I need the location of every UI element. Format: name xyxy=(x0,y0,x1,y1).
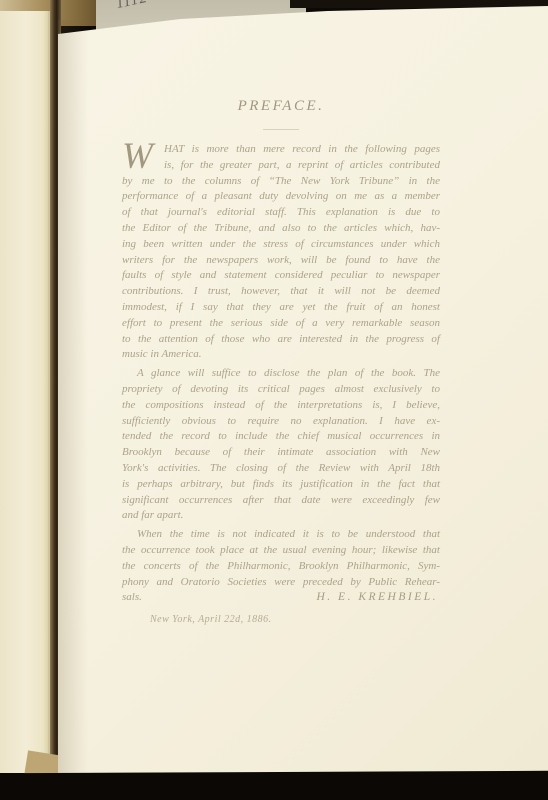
text-line: ing been written under the stress of cir… xyxy=(122,237,440,253)
text-line: contributions. I trust, however, that it… xyxy=(122,284,440,300)
text-line: the concerts of the Philharmonic, Brookl… xyxy=(122,559,440,575)
text-line: and far apart. xyxy=(122,508,440,524)
preface-body: W HAT is more than mere record in the fo… xyxy=(122,142,440,628)
text-line: propriety of devoting its critical pages… xyxy=(122,382,440,398)
page-content: PREFACE. W HAT is more than mere record … xyxy=(122,98,440,628)
text-line: writers for the newspapers work, will be… xyxy=(122,253,440,269)
author-signature: H. E. KREHBIEL. xyxy=(316,590,440,606)
dateline: New York, April 22d, 1886. xyxy=(150,612,440,628)
text-line: music in America. xyxy=(122,347,440,363)
signature-row: sals. H. E. KREHBIEL. xyxy=(122,590,440,606)
text-line: performance of a pleasant duty devolving… xyxy=(122,189,440,205)
text-line: by me to the columns of “The New York Tr… xyxy=(122,174,440,190)
top-black-bar xyxy=(290,0,548,8)
page-title: PREFACE. xyxy=(122,98,440,115)
text-line: effort to present the serious side of a … xyxy=(122,316,440,332)
dropcap-initial: W xyxy=(122,140,164,171)
book-scan-photo: 1112 PREFACE. W HAT is more than mere re… xyxy=(0,0,548,800)
text-line: is perhaps arbitrary, but finds its just… xyxy=(122,477,440,493)
text-line: York's activities. The closing of the Re… xyxy=(122,461,440,477)
page-curvature-shade xyxy=(58,20,88,775)
text-line: of that journal's editorial staff. This … xyxy=(122,205,440,221)
text-line: the occurrence took place at the usual e… xyxy=(122,543,440,559)
title-rule xyxy=(263,129,299,130)
paragraph-2: A glance will suffice to disclose the pl… xyxy=(122,366,440,524)
text-line: sufficiently obvious to require no expla… xyxy=(122,414,440,430)
text-line: Brooklyn because of their intimate assoc… xyxy=(122,445,440,461)
text-line: When the time is not indicated it is to … xyxy=(122,527,440,543)
text-line: faults of style and statement considered… xyxy=(122,268,440,284)
paragraph-3: When the time is not indicated it is to … xyxy=(122,527,440,606)
text-line: A glance will suffice to disclose the pl… xyxy=(122,366,440,382)
text-line: phony and Oratorio Societies were preced… xyxy=(122,575,440,591)
text-line: HAT is more than mere record in the foll… xyxy=(122,142,440,158)
text-line: the Editor of the Tribune, and also to t… xyxy=(122,221,440,237)
text-line: to the attention of those who are intere… xyxy=(122,332,440,348)
text-line-fragment: sals. xyxy=(122,590,142,606)
text-line: significant occurrences after that date … xyxy=(122,493,440,509)
bottom-black-bar xyxy=(0,771,548,800)
paragraph-1: W HAT is more than mere record in the fo… xyxy=(122,142,440,363)
text-line: the compositions instead of the interpre… xyxy=(122,398,440,414)
facing-page-edge xyxy=(0,11,50,773)
text-line: immodest, if I say that they are yet the… xyxy=(122,300,440,316)
text-line: is, for the greater part, a reprint of a… xyxy=(122,158,440,174)
text-line: tended the record to include the chief m… xyxy=(122,429,440,445)
